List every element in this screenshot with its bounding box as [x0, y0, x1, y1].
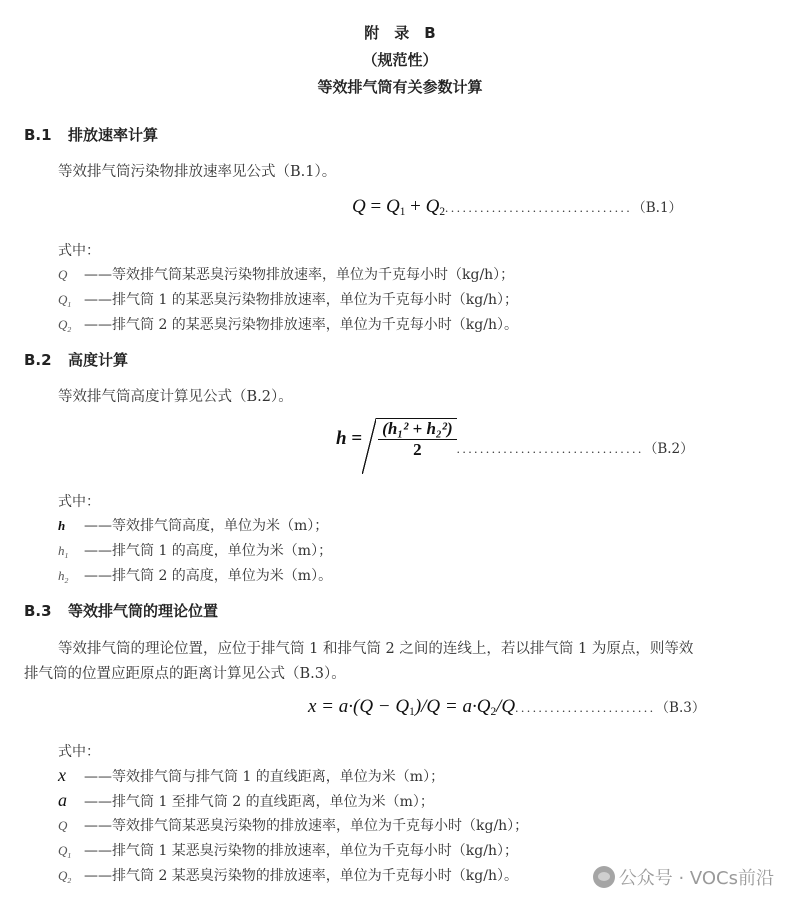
- definition-row: x——等效排气筒与排气筒 1 的直线距离，单位为米（m）；: [58, 765, 444, 787]
- formula-ref: （B.1）: [632, 200, 682, 216]
- section-number: B.2: [24, 351, 68, 369]
- definition-row: Q1——排气筒 1 的某恶臭污染物排放速率，单位为千克每小时（kg/h）；: [58, 289, 518, 309]
- section-intro-line1: 等效排气筒的理论位置，应位于排气筒 1 和排气筒 2 之间的连线上，若以排气筒 …: [58, 637, 693, 658]
- symbol: x: [58, 765, 84, 787]
- section-intro: 等效排气筒高度计算见公式（B.2）。: [58, 385, 293, 406]
- section-number: B.1: [24, 126, 68, 144]
- definition-row: a——排气筒 1 至排气筒 2 的直线距离，单位为米（m）；: [58, 790, 434, 812]
- section-title: 高度计算: [68, 351, 128, 369]
- section-title: 等效排气筒的理论位置: [68, 602, 218, 620]
- section-intro: 等效排气筒污染物排放速率见公式（B.1）。: [58, 160, 336, 181]
- formula-b1: Q = Q1 + Q2.............................…: [352, 196, 682, 218]
- where-label: 式中：: [58, 741, 100, 761]
- definition-row: Q——等效排气筒某恶臭污染物排放速率，单位为千克每小时（kg/h）；: [58, 264, 514, 284]
- section-heading-b2: B.2高度计算: [24, 349, 128, 370]
- symbol: h1: [58, 543, 84, 560]
- formula-ref: （B.3）: [656, 700, 706, 716]
- wechat-icon: [593, 866, 615, 888]
- definition-row: Q1——排气筒 1 某恶臭污染物的排放速率，单位为千克每小时（kg/h）；: [58, 840, 518, 860]
- appendix-nature: （规范性）: [0, 49, 800, 70]
- symbol: Q1: [58, 292, 84, 309]
- definition-row: h——等效排气筒高度，单位为米（m）；: [58, 515, 328, 535]
- symbol: Q2: [58, 868, 84, 885]
- where-label: 式中：: [58, 491, 100, 511]
- symbol: Q2: [58, 317, 84, 334]
- appendix-label: 附 录 B: [0, 22, 800, 43]
- symbol: Q1: [58, 843, 84, 860]
- definition-row: h2——排气筒 2 的高度，单位为米（m）。: [58, 565, 332, 585]
- section-number: B.3: [24, 602, 68, 620]
- watermark: 公众号 · VOCs前沿: [593, 864, 774, 890]
- formula-ref: （B.2）: [644, 441, 694, 457]
- section-heading-b3: B.3等效排气筒的理论位置: [24, 600, 218, 621]
- symbol: h2: [58, 568, 84, 585]
- section-heading-b1: B.1排放速率计算: [24, 124, 158, 145]
- symbol: Q: [58, 818, 84, 835]
- symbol: a: [58, 790, 84, 812]
- page-title: 等效排气筒有关参数计算: [0, 76, 800, 97]
- definition-row: h1——排气筒 1 的高度，单位为米（m）；: [58, 540, 332, 560]
- definition-row: Q——等效排气筒某恶臭污染物的排放速率，单位为千克每小时（kg/h）；: [58, 815, 528, 835]
- section-intro-line2: 排气筒的位置应距原点的距离计算见公式（B.3）。: [24, 662, 346, 683]
- definition-row: Q2——排气筒 2 的某恶臭污染物排放速率，单位为千克每小时（kg/h）。: [58, 314, 518, 334]
- where-label: 式中：: [58, 240, 100, 260]
- formula-b3: x = a·(Q − Q1)/Q = a·Q2/Q...............…: [308, 696, 705, 718]
- formula-b2: h =(h₁² + h₂²)2.........................…: [336, 418, 694, 460]
- definition-row: Q2——排气筒 2 某恶臭污染物的排放速率，单位为千克每小时（kg/h）。: [58, 865, 518, 885]
- watermark-text: 公众号 · VOCs前沿: [619, 868, 774, 889]
- symbol: h: [58, 518, 84, 535]
- symbol: Q: [58, 267, 84, 284]
- section-title: 排放速率计算: [68, 126, 158, 144]
